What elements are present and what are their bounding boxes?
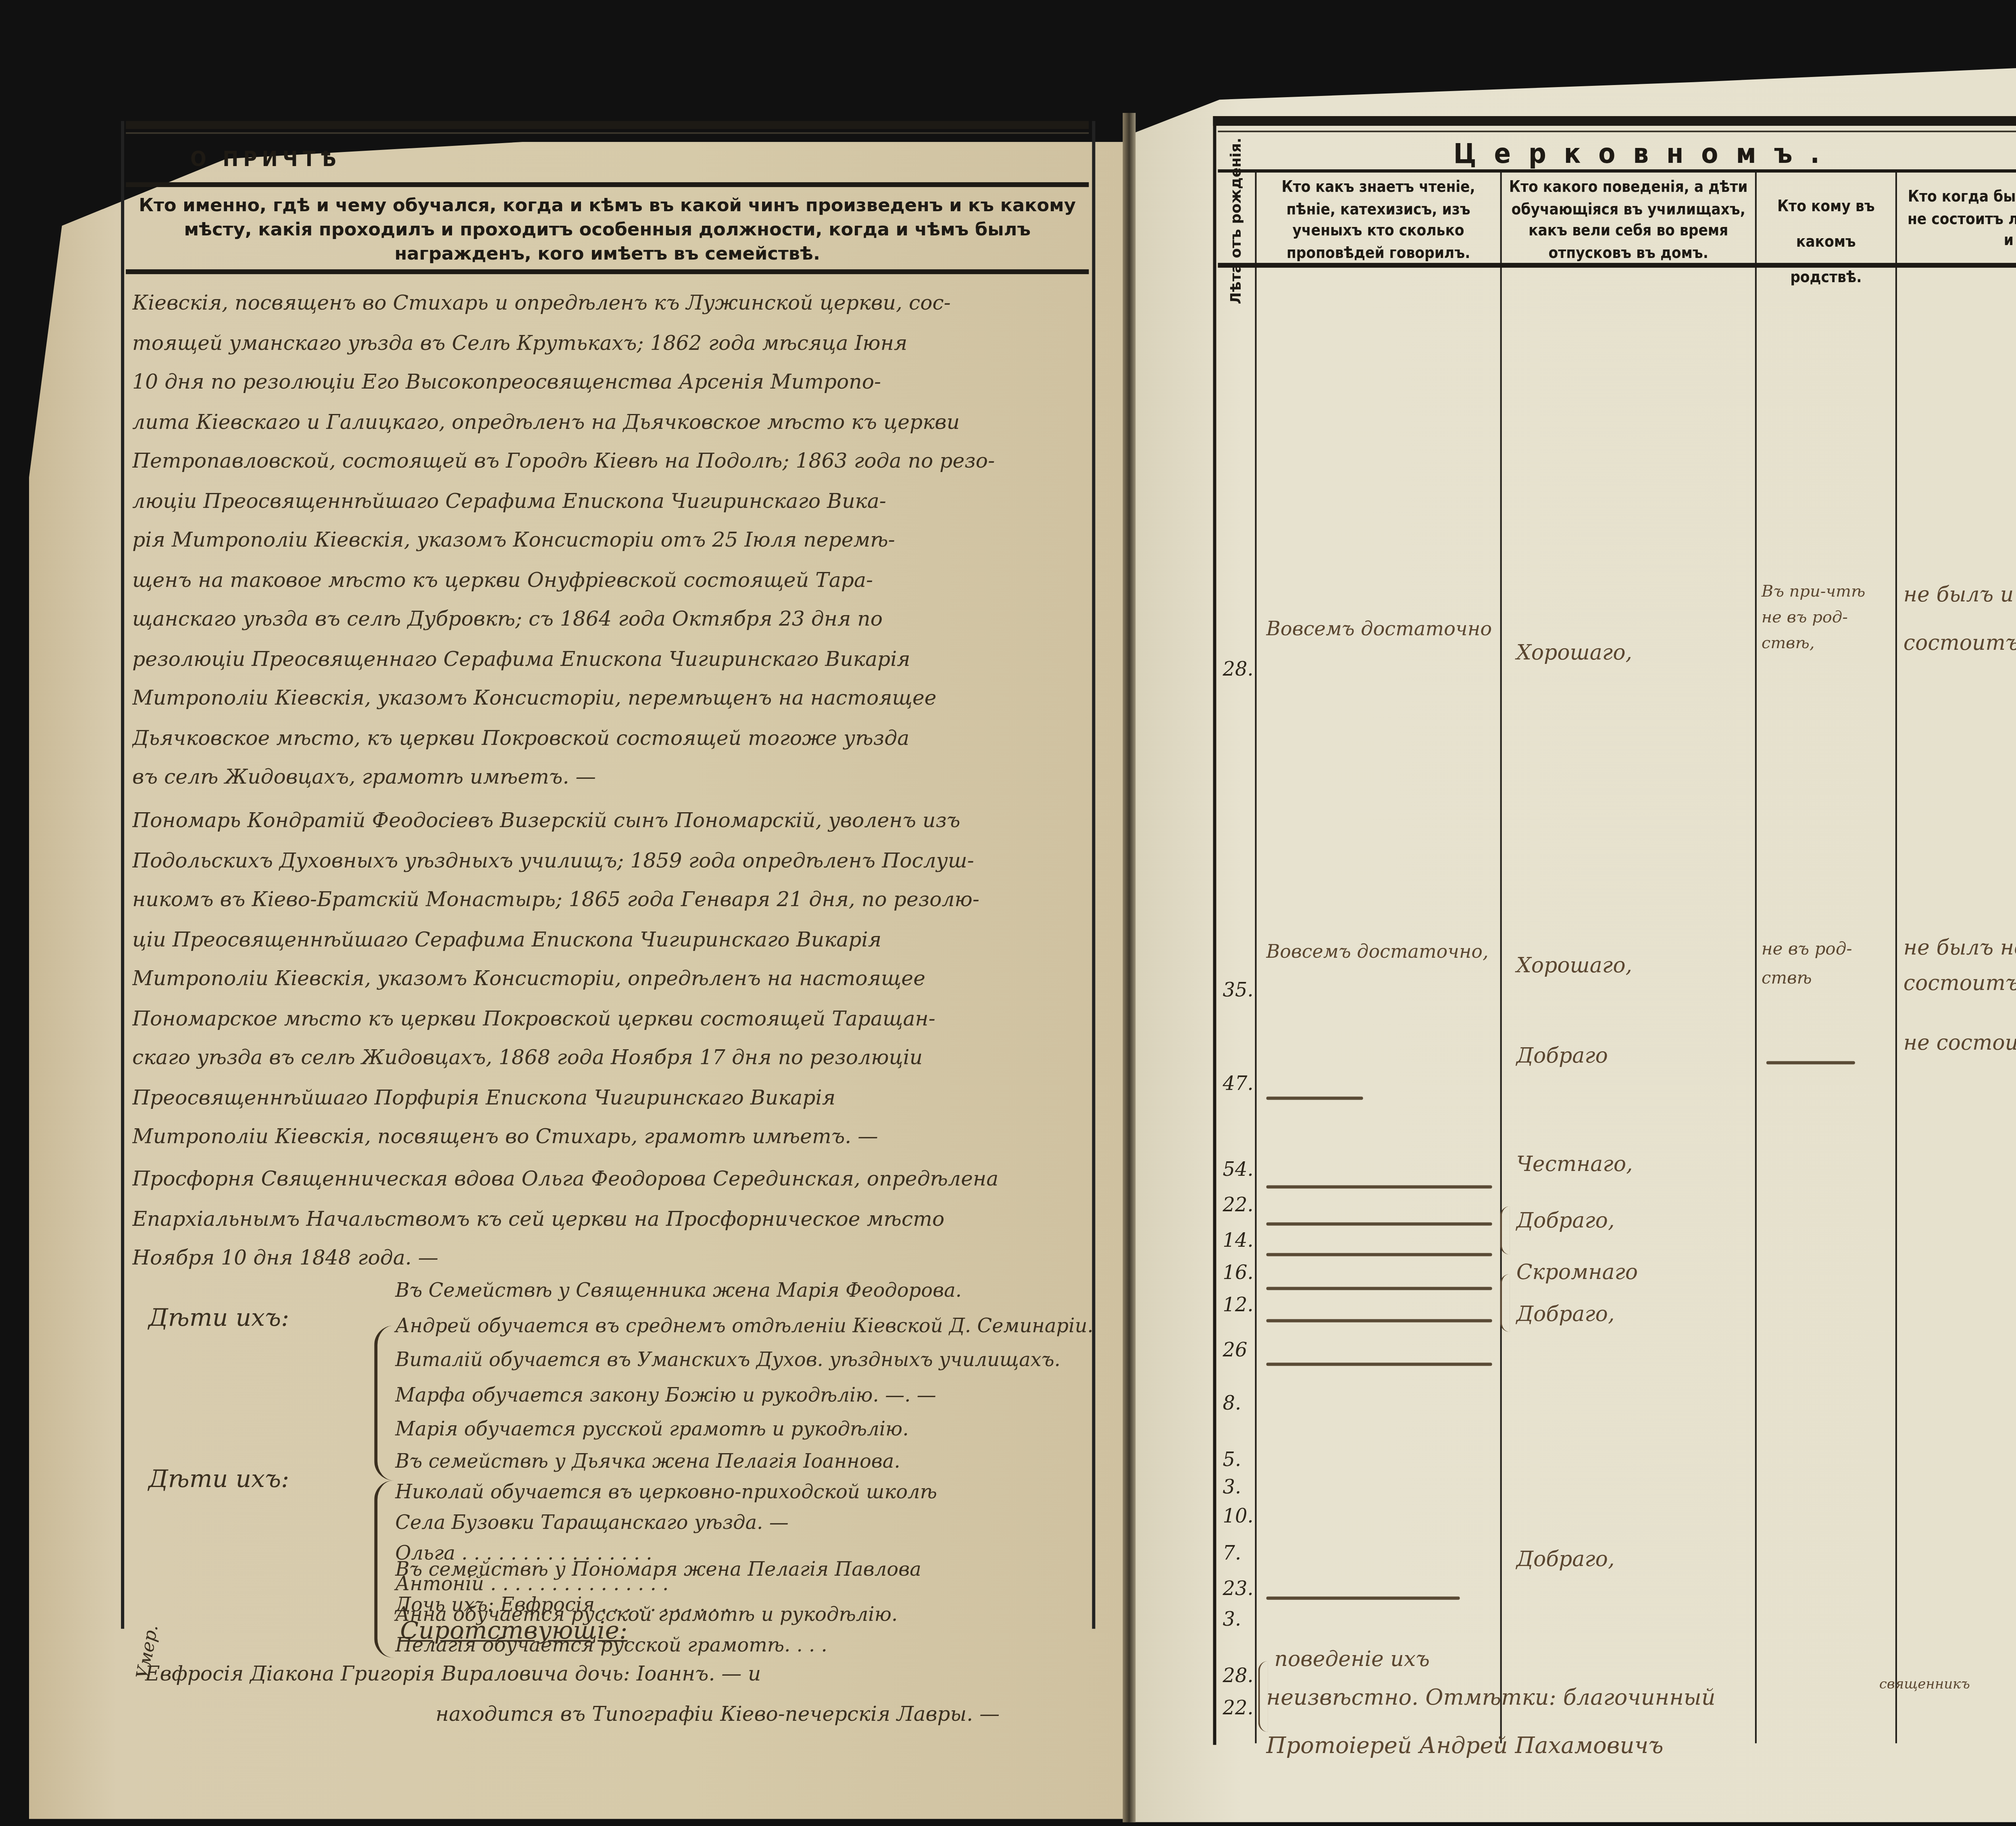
knowledge-entry: Вовсемъ достаточно [1266, 618, 1492, 640]
rule [1218, 131, 2016, 132]
column-divider [1755, 171, 1757, 1743]
book-spine [1123, 113, 1135, 1822]
orphan-line: Евфросія Діакона Григорія Вираловича доч… [145, 1661, 761, 1685]
dash [1266, 1253, 1492, 1256]
text-line: Кіевскія, посвященъ во Стихарь и опредѣл… [132, 284, 1084, 323]
age-value: 28. [1223, 658, 1258, 680]
text-line: Преосвященнѣйшаго Порфирія Епископа Чиги… [132, 1078, 1084, 1117]
text-line: Села Бузовки Таращанскаго уѣзда. — [395, 1508, 1105, 1539]
text-line: Ноября 10 дня 1848 года. — [132, 1239, 1084, 1278]
behavior-entry: Добраго, [1516, 1303, 1615, 1327]
age-value: 7. [1223, 1542, 1258, 1564]
age-value: 12. [1223, 1294, 1258, 1316]
text-line: Просфорня Священническая вдова Ольга Фео… [132, 1160, 1084, 1199]
text-line: Подольскихъ Духовныхъ уѣздныхъ училищъ; … [132, 841, 1084, 880]
dash [1266, 1597, 1460, 1600]
kinship-entry: не въ род-ствѣ [1762, 935, 1891, 993]
orphans-heading: Сиротствующіе: [400, 1616, 627, 1645]
rule [126, 269, 1089, 274]
text-line: скаго уѣзда въ селѣ Жидовцахъ, 1868 года… [132, 1038, 1084, 1078]
brace [1500, 1206, 1510, 1255]
behavior-entry: Честнаго, [1516, 1153, 1633, 1177]
brace [374, 1326, 394, 1481]
text-line: Андрей обучается въ среднемъ отдѣленіи К… [395, 1309, 1105, 1344]
age-value: 54. [1223, 1158, 1258, 1181]
text-line: лита Кіевскаго и Галицкаго, опредѣленъ н… [132, 402, 1084, 442]
rule [126, 132, 1089, 134]
bottom-note-superscript: священникъ [1879, 1677, 1970, 1693]
brace [1500, 1274, 1510, 1332]
bottom-note-line: неизвѣстно. Отмѣтки: благочинный [1266, 1685, 1716, 1711]
rule [1218, 263, 2016, 268]
age-value: 47. [1223, 1072, 1258, 1095]
prosphora-baker-record: Просфорня Священническая вдова Ольга Фео… [132, 1160, 1084, 1278]
text-line: Митрополіи Кіевскія, указомъ Консисторіи… [132, 959, 1084, 999]
text-line: Въ семействѣ у Дьячка жена Пелагія Іоанн… [395, 1447, 1105, 1477]
text-line: Пономарское мѣсто къ церкви Покровской ц… [132, 999, 1084, 1038]
text-line: 10 дня по резолюціи Его Высокопреосвящен… [132, 363, 1084, 402]
age-value: 16. [1223, 1261, 1258, 1284]
behavior-entry: Хорошаго, [1516, 642, 1632, 666]
text-line: резолюціи Преосвященнаго Серафима Еписко… [132, 639, 1084, 679]
dash [1266, 1096, 1363, 1100]
text-line: въ селѣ Жидовцахъ, грамотѣ имѣетъ. — [132, 758, 1084, 797]
column-divider [1895, 171, 1897, 1743]
age-value: 3. [1223, 1608, 1258, 1631]
age-value: 23. [1223, 1577, 1258, 1600]
left-page-title: О ПРИЧТѢ [190, 148, 341, 173]
text-line: Дьячковское мѣсто, къ церкви Покровской … [132, 718, 1084, 758]
dash [1266, 1223, 1492, 1226]
text-line: никомъ въ Кіево-Братскій Монастырь; 1865… [132, 880, 1084, 920]
text-line: Епархіальнымъ Начальствомъ къ сей церкви… [132, 1199, 1084, 1239]
age-value: 22. [1223, 1194, 1258, 1216]
rule [126, 182, 1089, 187]
left-column-header: Кто именно, гдѣ и чему обучался, когда и… [135, 193, 1079, 266]
deacon-record: Кіевскія, посвященъ во Стихарь и опредѣл… [132, 284, 1084, 797]
right-page-title: Церковномъ. [1452, 139, 1839, 171]
text-line: Митрополіи Кіевскія, указомъ Консисторіи… [132, 679, 1084, 718]
column-header-behavior: Кто какого поведенія, а дѣти обучающіяся… [1507, 177, 1750, 264]
dash [1766, 1061, 1855, 1064]
children-label: Дѣти ихъ: [148, 1464, 289, 1493]
ponomar-record: Пономарь Кондратій Феодосіевъ Визерскій … [132, 801, 1084, 1157]
text-line: ціи Преосвященнѣйшаго Серафима Епископа … [132, 920, 1084, 959]
trial-entry: не былъ и не состоитъ [1904, 572, 2016, 669]
dash [1266, 1185, 1492, 1189]
column-divider [1500, 171, 1502, 1743]
text-line: рія Митрополіи Кіевскія, указомъ Консист… [132, 521, 1084, 560]
header-text: Лѣта отъ рожденія. [1229, 137, 1245, 304]
register-scan: О ПРИЧТѢ Кто именно, гдѣ и чему обучался… [0, 0, 2016, 1826]
text-line: Марія обучается русской грамотѣ и рукодѣ… [395, 1413, 1105, 1447]
age-value: 5. [1223, 1448, 1258, 1471]
text-line: Пономарь Кондратій Феодосіевъ Визерскій … [132, 801, 1084, 841]
behavior-entry: Добраго, [1516, 1210, 1615, 1234]
signature: Протоіерей Андрей Пахамовичъ [1266, 1734, 1664, 1759]
text-line: щенъ на таковое мѣсто къ церкви Онуфріев… [132, 560, 1084, 600]
age-value: 10. [1223, 1505, 1258, 1527]
column-header-knowledge: Кто какъ знаетъ чтеніе, пѣніе, катехизис… [1262, 177, 1495, 264]
column-header-age: Лѣта отъ рожденія. [1220, 181, 1255, 261]
text-line: Митрополіи Кіевскія, посвященъ во Стихар… [132, 1117, 1084, 1157]
priest-family: Въ Семействѣ у Священника жена Марія Фео… [395, 1274, 1105, 1447]
bottom-note-line: поведеніе ихъ [1275, 1648, 1430, 1672]
text-line: Николай обучается въ церковно-приходской… [395, 1477, 1105, 1508]
age-value: 28. [1223, 1664, 1258, 1687]
column-header-kinship: Кто кому въ какомъ родствѣ. [1762, 190, 1891, 297]
dash [1266, 1363, 1492, 1366]
age-value: 35. [1223, 979, 1258, 1001]
column-header-trial: Кто когда былъ штрафованъ или не состоит… [1902, 187, 2016, 252]
behavior-entry: Хорошаго, [1516, 955, 1632, 979]
text-line: щанскаго уѣзда въ селѣ Дубровкѣ; съ 1864… [132, 600, 1084, 639]
rule [1213, 116, 2016, 126]
text-line: тоящей уманскаго уѣзда въ Селѣ Крутькахъ… [132, 323, 1084, 363]
text-line: Въ Семействѣ у Священника жена Марія Фео… [395, 1274, 1105, 1309]
dash [1266, 1319, 1492, 1323]
trial-entry: не состоитъ [1904, 1032, 2016, 1056]
text-line: Петропавловской, состоящей въ Городѣ Кіе… [132, 442, 1084, 481]
rule [126, 121, 1089, 129]
orphan-line: находится въ Типографіи Кіево-печерскія … [435, 1701, 1000, 1726]
text-line: Въ семействѣ у Пономаря жена Пелагія Пав… [395, 1553, 1105, 1588]
age-value: 26 [1223, 1339, 1258, 1361]
children-label: Дѣти ихъ: [148, 1303, 289, 1332]
age-value: 3. [1223, 1476, 1258, 1498]
trial-entry: не былъ не состоитъ [1904, 932, 2016, 1003]
text-line: люціи Преосвященнѣйшаго Серафима Епископ… [132, 481, 1084, 521]
age-value: 22. [1223, 1697, 1258, 1719]
age-value: 8. [1223, 1392, 1258, 1414]
dash [1266, 1287, 1492, 1290]
text-line: Марфа обучается закону Божію и рукодѣлію… [395, 1378, 1105, 1413]
behavior-entry: Скромнаго [1516, 1261, 1638, 1285]
age-value: 14. [1223, 1229, 1258, 1252]
ponomar-family: Въ семействѣ у Пономаря жена Пелагія Пав… [395, 1553, 1105, 1622]
kinship-entry: Въ при-чтѣ не въ род-ствѣ, [1762, 580, 1891, 658]
text-line: Виталій обучается въ Уманскихъ Духов. уѣ… [395, 1344, 1105, 1378]
brace [374, 1481, 394, 1658]
behavior-entry: Добраго, [1516, 1548, 1615, 1572]
knowledge-entry: Вовсемъ достаточно, [1266, 935, 1492, 967]
behavior-entry: Добраго [1516, 1045, 1608, 1069]
